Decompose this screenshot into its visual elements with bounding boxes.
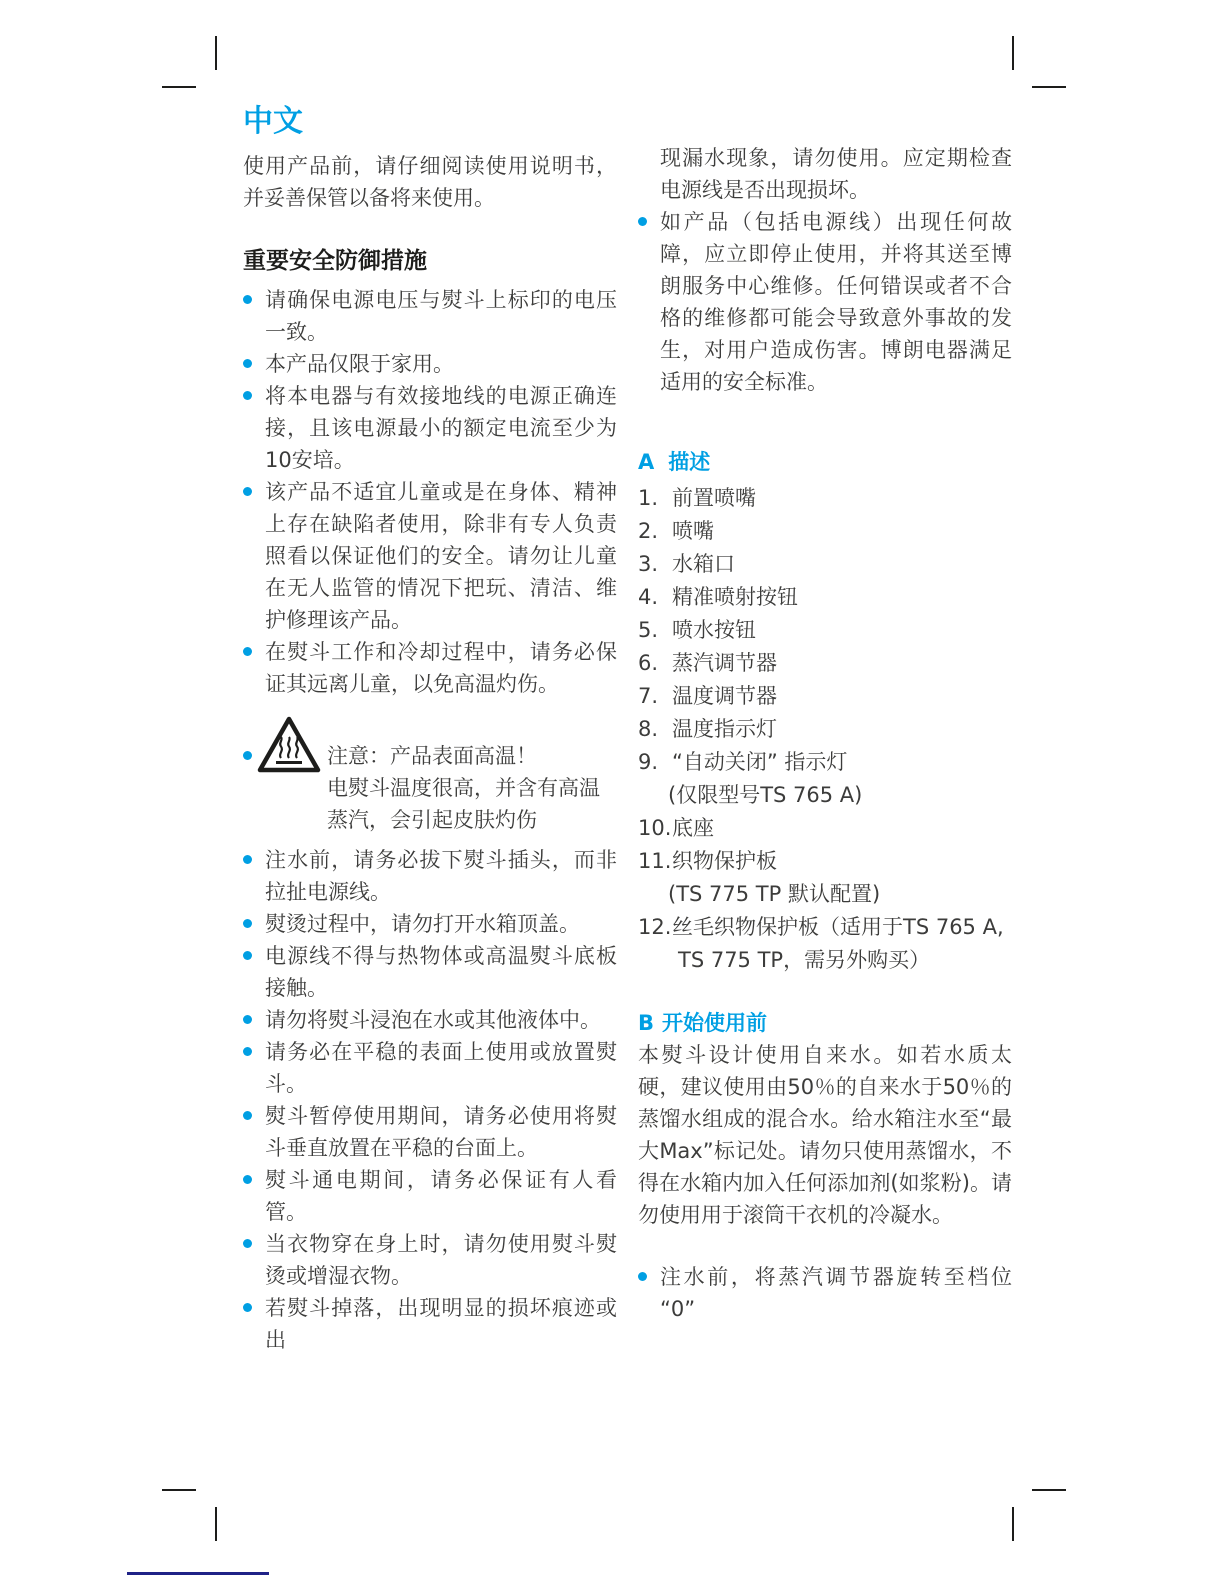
description-item: 10. 底座 (638, 812, 1012, 845)
item-number: 12. (638, 911, 671, 944)
item-text: 前置喷嘴 (672, 486, 756, 510)
safety-bullet-text: 请确保电源电压与熨斗上标印的电压一致。 (265, 288, 617, 344)
safety-bullet-text: 熨斗暂停使用期间，请务必使用将熨斗垂直放置在平稳的台面上。 (265, 1104, 617, 1160)
crop-mark-top-right-v (1012, 36, 1014, 70)
manual-page: 中文 使用产品前，请仔细阅读使用说明书，并妥善保管以备将来使用。 重要安全防御措… (0, 0, 1224, 1584)
safety-list: 请确保电源电压与熨斗上标印的电压一致。 本产品仅限于家用。 将本电器与有效接地线… (243, 284, 617, 1356)
hot-surface-warning: 注意：产品表面高温！ 电熨斗温度很高，并含有高温蒸汽，会引起皮肤灼伤 (243, 740, 617, 836)
safety-bullet-text: 请勿将熨斗浸泡在水或其他液体中。 (265, 1008, 601, 1032)
safety-bullet: 注水前，请务必拔下熨斗插头，而非拉扯电源线。 (243, 844, 617, 908)
safety-bullet: 将本电器与有效接地线的电源正确连接，且该电源最小的额定电流至少为10安培。 (243, 380, 617, 476)
item-number: 11. (638, 845, 671, 878)
description-item: 8. 温度指示灯 (638, 713, 1012, 746)
item-text: 底座 (672, 816, 714, 840)
crop-mark-bottom-right-h (1032, 1489, 1066, 1491)
intro-paragraph: 使用产品前，请仔细阅读使用说明书，并妥善保管以备将来使用。 (243, 150, 617, 214)
item-note: TS 775 TP，需另外购买） (678, 944, 1012, 977)
description-item: 12. 丝毛织物保护板（适用于TS 765 A, TS 775 TP，需另外购买… (638, 911, 1012, 977)
safety-bullet-text: 若熨斗掉落，出现明显的损坏痕迹或出 (265, 1296, 617, 1352)
item-number: 1. (638, 482, 658, 515)
bullet-dot-icon (638, 1272, 647, 1281)
safety-bullet-text: 当衣物穿在身上时，请勿使用熨斗熨烫或增湿衣物。 (265, 1232, 617, 1288)
description-item: 9. “自动关闭” 指示灯 (仅限型号TS 765 A) (638, 746, 1012, 812)
description-item: 11. 织物保护板 (TS 775 TP 默认配置) (638, 845, 1012, 911)
item-text: 喷水按钮 (672, 618, 756, 642)
crop-mark-bottom-right-v (1012, 1507, 1014, 1541)
description-list: 1. 前置喷嘴 2. 喷嘴 3. 水箱口 4. 精准喷射按钮 5. 喷水 (638, 482, 1012, 977)
description-heading: A描述 (638, 446, 1012, 478)
bullet-dot-icon (243, 751, 252, 760)
safety-bullet-text: 如产品（包括电源线）出现任何故障，应立即停止使用，并将其送至博朗服务中心维修。任… (660, 210, 1012, 394)
safety-bullet-text: 将本电器与有效接地线的电源正确连接，且该电源最小的额定电流至少为10安培。 (265, 384, 617, 472)
safety-bullet: 如产品（包括电源线）出现任何故障，应立即停止使用，并将其送至博朗服务中心维修。任… (638, 206, 1012, 398)
safety-bullet: 请确保电源电压与熨斗上标印的电压一致。 (243, 284, 617, 348)
item-text: “自动关闭” 指示灯 (672, 750, 847, 774)
safety-bullet: 请勿将熨斗浸泡在水或其他液体中。 (243, 1004, 617, 1036)
crop-mark-bottom-left-v (215, 1507, 217, 1541)
right-column: 现漏水现象，请勿使用。应定期检查电源线是否出现损坏。 如产品（包括电源线）出现任… (638, 142, 1012, 1325)
bullet-dot-icon (243, 647, 252, 656)
safety-bullet: 熨斗通电期间，请务必保证有人看管。 (243, 1164, 617, 1228)
bullet-dot-icon (638, 217, 647, 226)
bullet-dot-icon (243, 1047, 252, 1056)
item-note: (TS 775 TP 默认配置) (668, 878, 1012, 911)
safety-bullet: 该产品不适宜儿童或是在身体、精神上存在缺陷者使用，除非有专人负责照看以保证他们的… (243, 476, 617, 636)
bullet-dot-icon (243, 1303, 252, 1312)
crop-mark-top-left-v (215, 36, 217, 70)
description-item: 7. 温度调节器 (638, 680, 1012, 713)
description-item: 5. 喷水按钮 (638, 614, 1012, 647)
item-number: 4. (638, 581, 658, 614)
crop-mark-bottom-left-h (162, 1489, 196, 1491)
warning-text: 注意：产品表面高温！ 电熨斗温度很高，并含有高温蒸汽，会引起皮肤灼伤 (327, 740, 617, 836)
section-title: 开始使用前 (662, 1011, 767, 1035)
item-text: 精准喷射按钮 (672, 585, 798, 609)
before-use-bullet-text: 注水前，将蒸汽调节器旋转至档位 “0” (660, 1265, 1012, 1321)
safety-bullet-text: 该产品不适宜儿童或是在身体、精神上存在缺陷者使用，除非有专人负责照看以保证他们的… (265, 480, 617, 632)
bullet-dot-icon (243, 295, 252, 304)
item-number: 3. (638, 548, 658, 581)
bullet-dot-icon (243, 1111, 252, 1120)
safety-bullet-text: 注水前，请务必拔下熨斗插头，而非拉扯电源线。 (265, 848, 617, 904)
section-title: 描述 (668, 450, 710, 474)
safety-bullet: 本产品仅限于家用。 (243, 348, 617, 380)
warning-label: 注意：产品表面高温！ (327, 740, 617, 772)
crop-mark-top-left-h (162, 86, 196, 88)
item-text: 蒸汽调节器 (672, 651, 777, 675)
item-text: 水箱口 (672, 552, 735, 576)
bullet-dot-icon (243, 855, 252, 864)
item-number: 5. (638, 614, 658, 647)
bullet-dot-icon (243, 919, 252, 928)
bullet-dot-icon (243, 951, 252, 960)
warning-body-text: 电熨斗温度很高，并含有高温蒸汽，会引起皮肤灼伤 (327, 772, 617, 836)
bullet-dot-icon (243, 1239, 252, 1248)
section-letter: A (638, 450, 654, 474)
bullet-dot-icon (243, 1175, 252, 1184)
safety-bullet: 电源线不得与热物体或高温熨斗底板接触。 (243, 940, 617, 1004)
item-text: 丝毛织物保护板（适用于TS 765 A, (672, 915, 1004, 939)
item-text: 织物保护板 (672, 849, 777, 873)
before-use-heading: B开始使用前 (638, 1007, 1012, 1039)
safety-bullet: 当衣物穿在身上时，请勿使用熨斗熨烫或增湿衣物。 (243, 1228, 617, 1292)
item-text: 温度调节器 (672, 684, 777, 708)
safety-bullet-text: 熨烫过程中，请勿打开水箱顶盖。 (265, 912, 580, 936)
print-registration-line (127, 1572, 269, 1575)
safety-bullet: 若熨斗掉落，出现明显的损坏痕迹或出 (243, 1292, 617, 1356)
safety-bullet-text: 请务必在平稳的表面上使用或放置熨斗。 (265, 1040, 617, 1096)
item-number: 7. (638, 680, 658, 713)
hot-surface-warning-icon (257, 716, 321, 774)
item-text: 喷嘴 (672, 519, 714, 543)
before-use-paragraph: 本熨斗设计使用自来水。如若水质太硬，建议使用由50％的自来水于50％的蒸馏水组成… (638, 1039, 1012, 1231)
description-item: 6. 蒸汽调节器 (638, 647, 1012, 680)
item-number: 10. (638, 812, 671, 845)
page-title: 中文 (243, 104, 617, 140)
item-number: 9. (638, 746, 658, 779)
item-note: (仅限型号TS 765 A) (668, 779, 1012, 812)
bullet-dot-icon (243, 487, 252, 496)
safety-bullet: 熨烫过程中，请勿打开水箱顶盖。 (243, 908, 617, 940)
item-number: 2. (638, 515, 658, 548)
description-item: 3. 水箱口 (638, 548, 1012, 581)
safety-heading: 重要安全防御措施 (243, 246, 617, 276)
bullet-dot-icon (243, 391, 252, 400)
item-number: 6. (638, 647, 658, 680)
description-item: 4. 精准喷射按钮 (638, 581, 1012, 614)
before-use-bullet: 注水前，将蒸汽调节器旋转至档位 “0” (638, 1261, 1012, 1325)
safety-bullet-text: 在熨斗工作和冷却过程中，请务必保证其远离儿童，以免高温灼伤。 (265, 640, 617, 696)
before-use-list: 注水前，将蒸汽调节器旋转至档位 “0” (638, 1261, 1012, 1325)
continuation-paragraph: 现漏水现象，请勿使用。应定期检查电源线是否出现损坏。 (660, 142, 1012, 206)
safety-bullet-text: 本产品仅限于家用。 (265, 352, 454, 376)
safety-bullet: 在熨斗工作和冷却过程中，请务必保证其远离儿童，以免高温灼伤。 (243, 636, 617, 700)
section-letter: B (638, 1011, 654, 1035)
safety-list-continued: 如产品（包括电源线）出现任何故障，应立即停止使用，并将其送至博朗服务中心维修。任… (638, 206, 1012, 398)
safety-bullet-text: 电源线不得与热物体或高温熨斗底板接触。 (265, 944, 617, 1000)
description-item: 1. 前置喷嘴 (638, 482, 1012, 515)
safety-bullet-text: 熨斗通电期间，请务必保证有人看管。 (265, 1168, 617, 1224)
safety-bullet: 请务必在平稳的表面上使用或放置熨斗。 (243, 1036, 617, 1100)
safety-bullet: 熨斗暂停使用期间，请务必使用将熨斗垂直放置在平稳的台面上。 (243, 1100, 617, 1164)
item-number: 8. (638, 713, 658, 746)
bullet-dot-icon (243, 359, 252, 368)
item-text: 温度指示灯 (672, 717, 777, 741)
crop-mark-top-right-h (1032, 86, 1066, 88)
bullet-dot-icon (243, 1015, 252, 1024)
description-item: 2. 喷嘴 (638, 515, 1012, 548)
left-column: 中文 使用产品前，请仔细阅读使用说明书，并妥善保管以备将来使用。 重要安全防御措… (243, 104, 617, 1356)
